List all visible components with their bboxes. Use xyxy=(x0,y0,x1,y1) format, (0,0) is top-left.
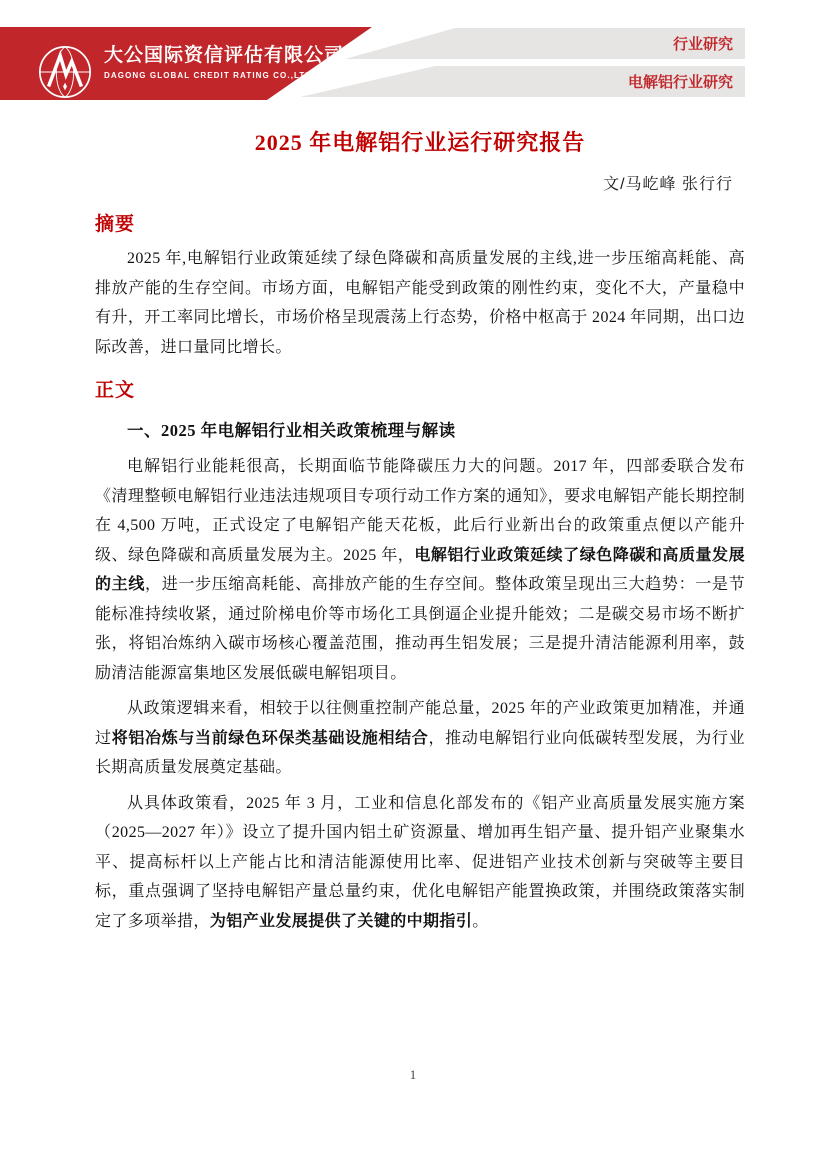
paragraph-3-text-end: 。 xyxy=(472,913,488,930)
abstract-paragraph: 2025 年,电解铝行业政策延续了绿色降碳和高质量发展的主线,进一步压缩高耗能、… xyxy=(95,244,745,362)
paragraph-1-text-end: ，进一步压缩高耗能、高排放产能的生存空间。整体政策呈现出三大趋势：一是节能标准持… xyxy=(95,576,745,682)
paragraph-2: 从政策逻辑来看，相较于以往侧重控制产能总量，2025 年的产业政策更加精准，并通… xyxy=(95,694,745,783)
company-name-en: DAGONG GLOBAL CREDIT RATING CO.,LTD xyxy=(104,70,344,82)
page-number: 1 xyxy=(0,1066,826,1084)
page-header: 大公国际资信评估有限公司 DAGONG GLOBAL CREDIT RATING… xyxy=(0,0,826,100)
paragraph-2-bold: 将铝冶炼与当前绿色环保类基础设施相结合 xyxy=(112,730,429,747)
company-name-cn: 大公国际资信评估有限公司 xyxy=(104,44,344,68)
byline: 文/马屹峰 张行行 xyxy=(95,174,745,196)
header-band-industry-research: 行业研究 xyxy=(345,28,745,59)
report-page: 大公国际资信评估有限公司 DAGONG GLOBAL CREDIT RATING… xyxy=(0,0,826,1169)
paragraph-1: 电解铝行业能耗很高，长期面临节能降碳压力大的问题。2017 年，四部委联合发布《… xyxy=(95,452,745,688)
header-band-sector-research: 电解铝行业研究 xyxy=(300,66,745,97)
sector-research-label: 电解铝行业研究 xyxy=(628,71,733,92)
dagong-globe-logo xyxy=(36,43,94,101)
paragraph-3: 从具体政策看，2025 年 3 月，工业和信息化部发布的《铝产业高质量发展实施方… xyxy=(95,789,745,937)
report-content: 2025 年电解铝行业运行研究报告 文/马屹峰 张行行 摘要 2025 年,电解… xyxy=(95,100,745,936)
company-identity: 大公国际资信评估有限公司 DAGONG GLOBAL CREDIT RATING… xyxy=(104,44,344,82)
paragraph-3-text: 从具体政策看，2025 年 3 月，工业和信息化部发布的《铝产业高质量发展实施方… xyxy=(95,795,745,930)
report-title: 2025 年电解铝行业运行研究报告 xyxy=(95,126,745,160)
paragraph-3-bold: 为铝产业发展提供了关键的中期指引 xyxy=(210,913,472,930)
main-text-heading: 正文 xyxy=(95,378,745,404)
section-1-heading: 一、2025 年电解铝行业相关政策梳理与解读 xyxy=(95,416,745,446)
globe-icon xyxy=(36,43,94,101)
brand-banner: 大公国际资信评估有限公司 DAGONG GLOBAL CREDIT RATING… xyxy=(0,27,372,100)
industry-research-label: 行业研究 xyxy=(673,33,733,54)
abstract-heading: 摘要 xyxy=(95,212,745,238)
